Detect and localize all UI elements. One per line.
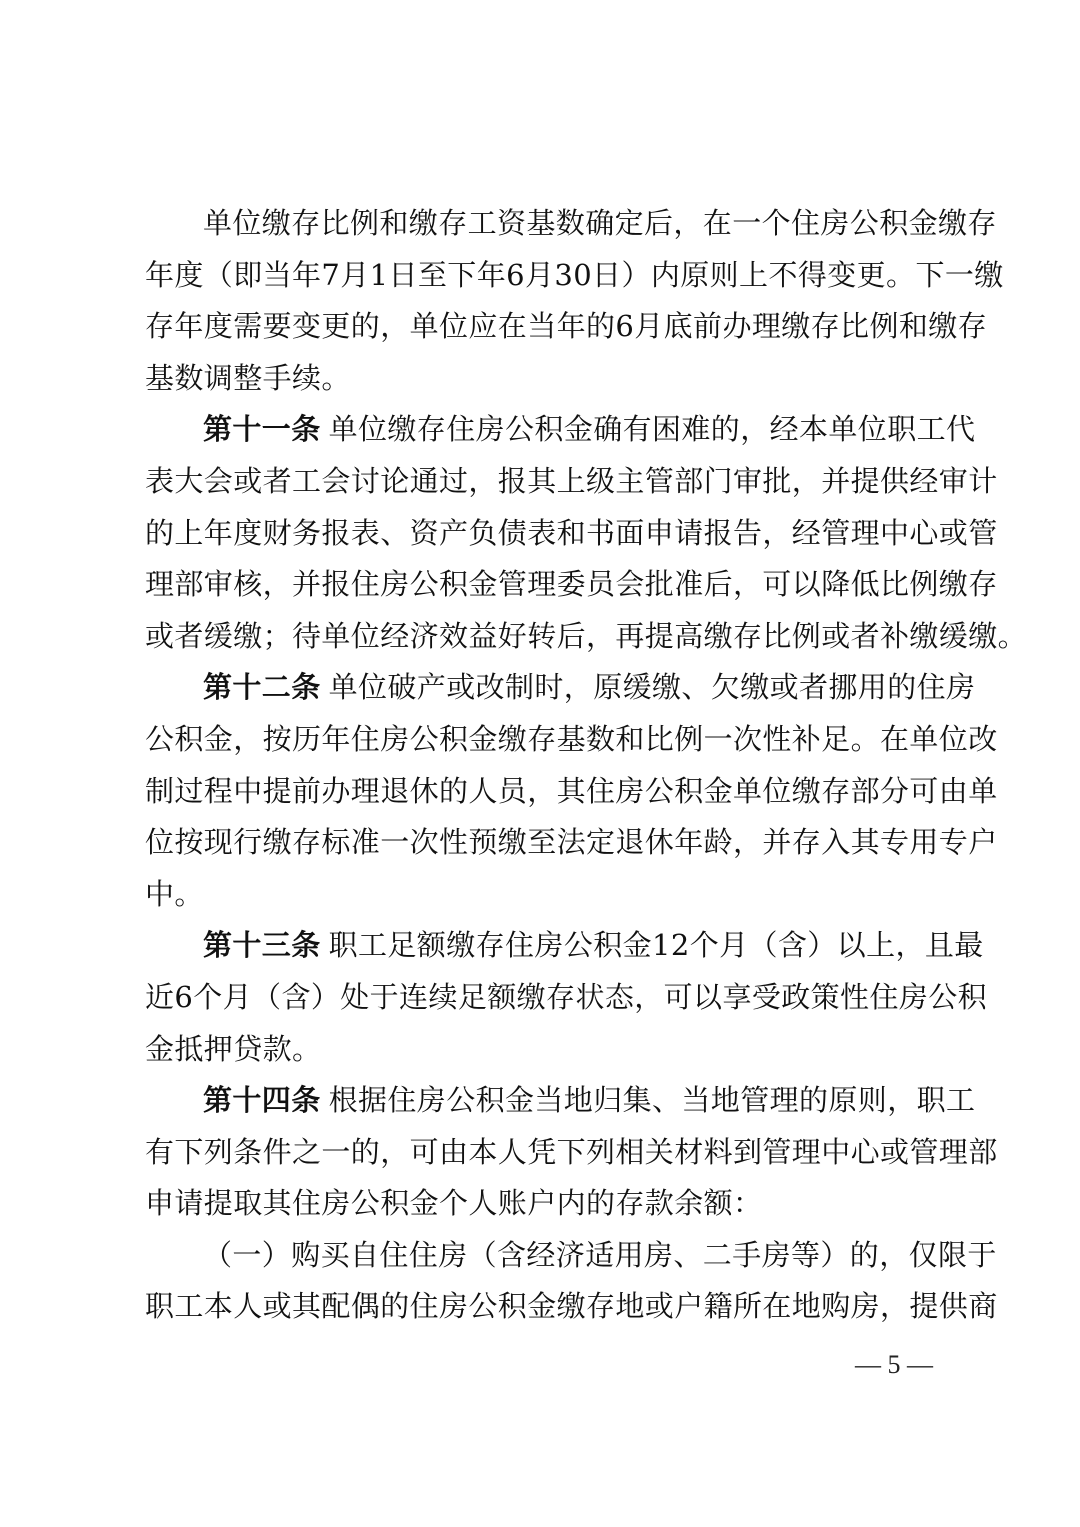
- article-number: 第十四条: [203, 1083, 321, 1117]
- paragraph-line: 基数调整手续。: [145, 353, 945, 405]
- article-text: 根据住房公积金当地归集、当地管理的原则，职工: [329, 1083, 976, 1117]
- article-11-first-line: 第十一条单位缴存住房公积金确有困难的，经本单位职工代: [145, 404, 945, 456]
- article-12-first-line: 第十二条单位破产或改制时，原缓缴、欠缴或者挪用的住房: [145, 662, 945, 714]
- paragraph-line: 位按现行缴存标准一次性预缴至法定退休年龄，并存入其专用专户: [145, 817, 945, 869]
- article-text: 单位破产或改制时，原缓缴、欠缴或者挪用的住房: [329, 670, 976, 704]
- paragraph-line: 单位缴存比例和缴存工资基数确定后，在一个住房公积金缴存: [145, 198, 945, 250]
- article-number: 第十二条: [203, 670, 321, 704]
- paragraph-line: 近6个月（含）处于连续足额缴存状态，可以享受政策性住房公积: [145, 972, 945, 1024]
- paragraph-line: 有下列条件之一的，可由本人凭下列相关材料到管理中心或管理部: [145, 1127, 945, 1179]
- paragraph-line: 中。: [145, 869, 945, 921]
- paragraph-line: 表大会或者工会讨论通过，报其上级主管部门审批，并提供经审计: [145, 456, 945, 508]
- paragraph-line: 理部审核，并报住房公积金管理委员会批准后，可以降低比例缴存: [145, 559, 945, 611]
- article-text: 单位缴存住房公积金确有困难的，经本单位职工代: [329, 412, 976, 446]
- list-item-line: 职工本人或其配偶的住房公积金缴存地或户籍所在地购房，提供商: [145, 1281, 945, 1333]
- paragraph-line: 制过程中提前办理退休的人员，其住房公积金单位缴存部分可由单: [145, 766, 945, 818]
- article-text: 职工足额缴存住房公积金12个月（含）以上，且最: [329, 928, 984, 962]
- document-page: 单位缴存比例和缴存工资基数确定后，在一个住房公积金缴存 年度（即当年7月1日至下…: [145, 198, 945, 1333]
- paragraph-line: 金抵押贷款。: [145, 1024, 945, 1076]
- paragraph-line: 年度（即当年7月1日至下年6月30日）内原则上不得变更。下一缴: [145, 250, 945, 302]
- page-number: — 5 —: [855, 1350, 933, 1380]
- article-13-first-line: 第十三条职工足额缴存住房公积金12个月（含）以上，且最: [145, 920, 945, 972]
- article-number: 第十一条: [203, 412, 321, 446]
- paragraph-line: 或者缓缴；待单位经济效益好转后，再提高缴存比例或者补缴缓缴。: [145, 611, 945, 663]
- paragraph-line: 存年度需要变更的，单位应在当年的6月底前办理缴存比例和缴存: [145, 301, 945, 353]
- paragraph-line: 申请提取其住房公积金个人账户内的存款余额：: [145, 1178, 945, 1230]
- paragraph-line: 公积金，按历年住房公积金缴存基数和比例一次性补足。在单位改: [145, 714, 945, 766]
- article-number: 第十三条: [203, 928, 321, 962]
- paragraph-line: 的上年度财务报表、资产负债表和书面申请报告，经管理中心或管: [145, 508, 945, 560]
- list-item-line: （一）购买自住住房（含经济适用房、二手房等）的，仅限于: [145, 1230, 945, 1282]
- article-14-first-line: 第十四条根据住房公积金当地归集、当地管理的原则，职工: [145, 1075, 945, 1127]
